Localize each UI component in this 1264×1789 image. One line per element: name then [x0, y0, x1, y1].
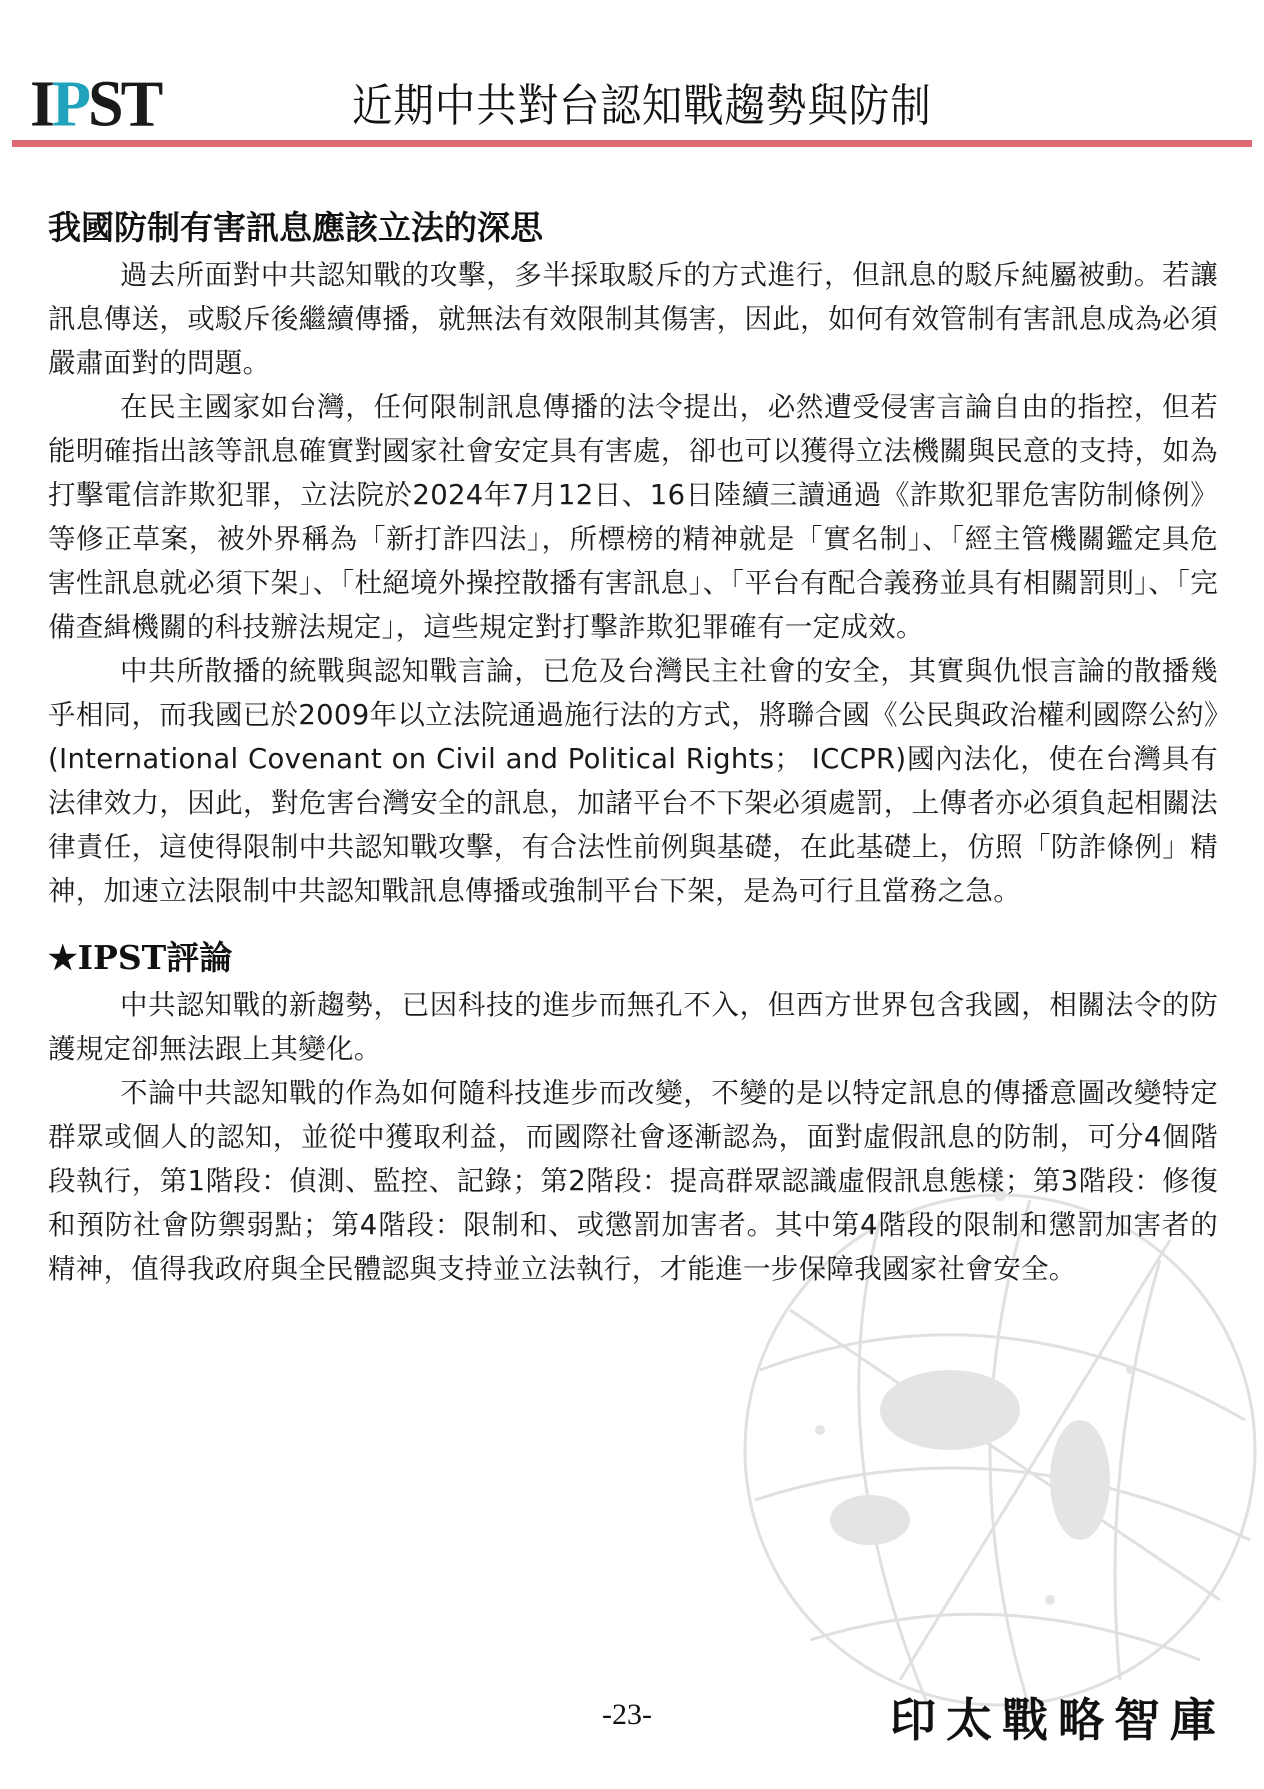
ipst-logo: IPST	[30, 71, 160, 136]
paragraph: 在民主國家如台灣，任何限制訊息傳播的法令提出，必然遭受侵害言論自由的指控，但若能…	[48, 385, 1218, 649]
logo-letters-st: ST	[88, 67, 160, 139]
section-spacer	[48, 913, 1218, 935]
article-body: 我國防制有害訊息應該立法的深思 過去所面對中共認知戰的攻擊，多半採取駁斥的方式進…	[48, 205, 1218, 1291]
paragraph: 中共認知戰的新趨勢，已因科技的進步而無孔不入，但西方世界包含我國，相關法令的防護…	[48, 983, 1218, 1071]
logo-letter-i: I	[30, 67, 52, 139]
paragraph: 中共所散播的統戰與認知戰言論，已危及台灣民主社會的安全，其實與仇恨言論的散播幾乎…	[48, 649, 1218, 913]
header-divider	[12, 140, 1252, 147]
section-heading-legislation: 我國防制有害訊息應該立法的深思	[48, 205, 1218, 251]
page-number: -23-	[602, 1698, 652, 1732]
paragraph: 不論中共認知戰的作為如何隨科技進步而改變，不變的是以特定訊息的傳播意圖改變特定群…	[48, 1071, 1218, 1291]
paragraph: 過去所面對中共認知戰的攻擊，多半採取駁斥的方式進行，但訊息的駁斥純屬被動。若讓訊…	[48, 253, 1218, 385]
footer-brand-name: 印太戰略智庫	[890, 1684, 1226, 1750]
page-header: IPST 近期中共對台認知戰趨勢與防制	[0, 0, 1264, 160]
running-header-title: 近期中共對台認知戰趨勢與防制	[352, 78, 932, 134]
logo-letter-p: P	[52, 67, 88, 139]
section-heading-ipst-commentary: ★IPST評論	[48, 935, 1218, 981]
